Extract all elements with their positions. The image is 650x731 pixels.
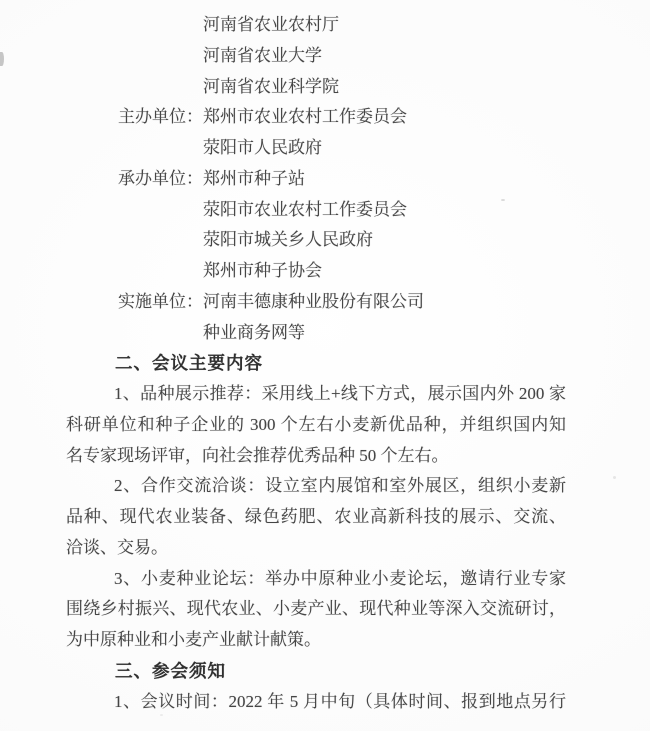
org-name: 种业商务网等 bbox=[203, 323, 305, 342]
org-row: 荥阳市农业农村工作委员会 bbox=[66, 195, 566, 226]
paragraph-line: 品种、现代农业装备、绿色药肥、农业高新科技的展示、交流、 bbox=[66, 502, 566, 533]
section-heading-main-content: 二、会议主要内容 bbox=[66, 348, 566, 379]
org-name: 郑州市农业农村工作委员会 bbox=[203, 107, 407, 126]
paragraph-line: 3、小麦种业论坛：举办中原种业小麦论坛，邀请行业专家 bbox=[66, 564, 566, 595]
paragraph-line: 1、会议时间：2022 年 5 月中旬（具体时间、报到地点另行 bbox=[66, 687, 566, 718]
org-row: 郑州市种子协会 bbox=[66, 256, 566, 287]
org-name: 荥阳市人民政府 bbox=[203, 138, 322, 157]
paragraph-line: 2、合作交流洽谈：设立室内展馆和室外展区，组织小麦新 bbox=[66, 471, 566, 502]
paragraph-line: 1、品种展示推荐：采用线上+线下方式，展示国内外 200 家 bbox=[66, 379, 566, 410]
org-name: 郑州市种子站 bbox=[203, 169, 305, 188]
paragraph-line: 围绕乡村振兴、现代农业、小麦产业、现代种业等深入交流研讨， bbox=[66, 594, 566, 625]
org-row: 荥阳市人民政府 bbox=[66, 133, 566, 164]
scan-speck bbox=[613, 476, 616, 479]
document-body: 河南省农业农村厅 河南省农业大学 河南省农业科学院 主办单位：郑州市农业农村工作… bbox=[66, 10, 566, 717]
paragraph-line: 为中原种业和小麦产业献计献策。 bbox=[66, 625, 566, 656]
org-name: 郑州市种子协会 bbox=[203, 261, 322, 280]
paragraph-line: 科研单位和种子企业的 300 个左右小麦新优品种，并组织国内知 bbox=[66, 410, 566, 441]
org-row: 荥阳市城关乡人民政府 bbox=[66, 225, 566, 256]
org-label: 主办单位： bbox=[118, 102, 203, 133]
org-row: 河南省农业大学 bbox=[66, 41, 566, 72]
org-name: 荥阳市农业农村工作委员会 bbox=[203, 200, 407, 219]
section-heading-attendance-notes: 三、参会须知 bbox=[66, 656, 566, 687]
org-name: 河南省农业科学院 bbox=[203, 77, 339, 96]
scanned-document-page: 河南省农业农村厅 河南省农业大学 河南省农业科学院 主办单位：郑州市农业农村工作… bbox=[0, 0, 650, 731]
org-row: 种业商务网等 bbox=[66, 318, 566, 349]
org-row-undertaker: 承办单位：郑州市种子站 bbox=[66, 164, 566, 195]
scan-edge-smudge bbox=[0, 52, 4, 66]
paragraph-line: 洽谈、交易。 bbox=[66, 533, 566, 564]
org-row: 河南省农业科学院 bbox=[66, 72, 566, 103]
org-label: 实施单位： bbox=[118, 287, 203, 318]
org-name: 河南丰德康种业股份有限公司 bbox=[203, 292, 424, 311]
org-row-implementer: 实施单位：河南丰德康种业股份有限公司 bbox=[66, 287, 566, 318]
org-name: 荥阳市城关乡人民政府 bbox=[203, 230, 373, 249]
org-name: 河南省农业大学 bbox=[203, 46, 322, 65]
org-row-host: 主办单位：郑州市农业农村工作委员会 bbox=[66, 102, 566, 133]
org-name: 河南省农业农村厅 bbox=[203, 15, 339, 34]
org-label: 承办单位： bbox=[118, 164, 203, 195]
paragraph-line: 名专家现场评审，向社会推荐优秀品种 50 个左右。 bbox=[66, 441, 566, 472]
org-row: 河南省农业农村厅 bbox=[66, 10, 566, 41]
